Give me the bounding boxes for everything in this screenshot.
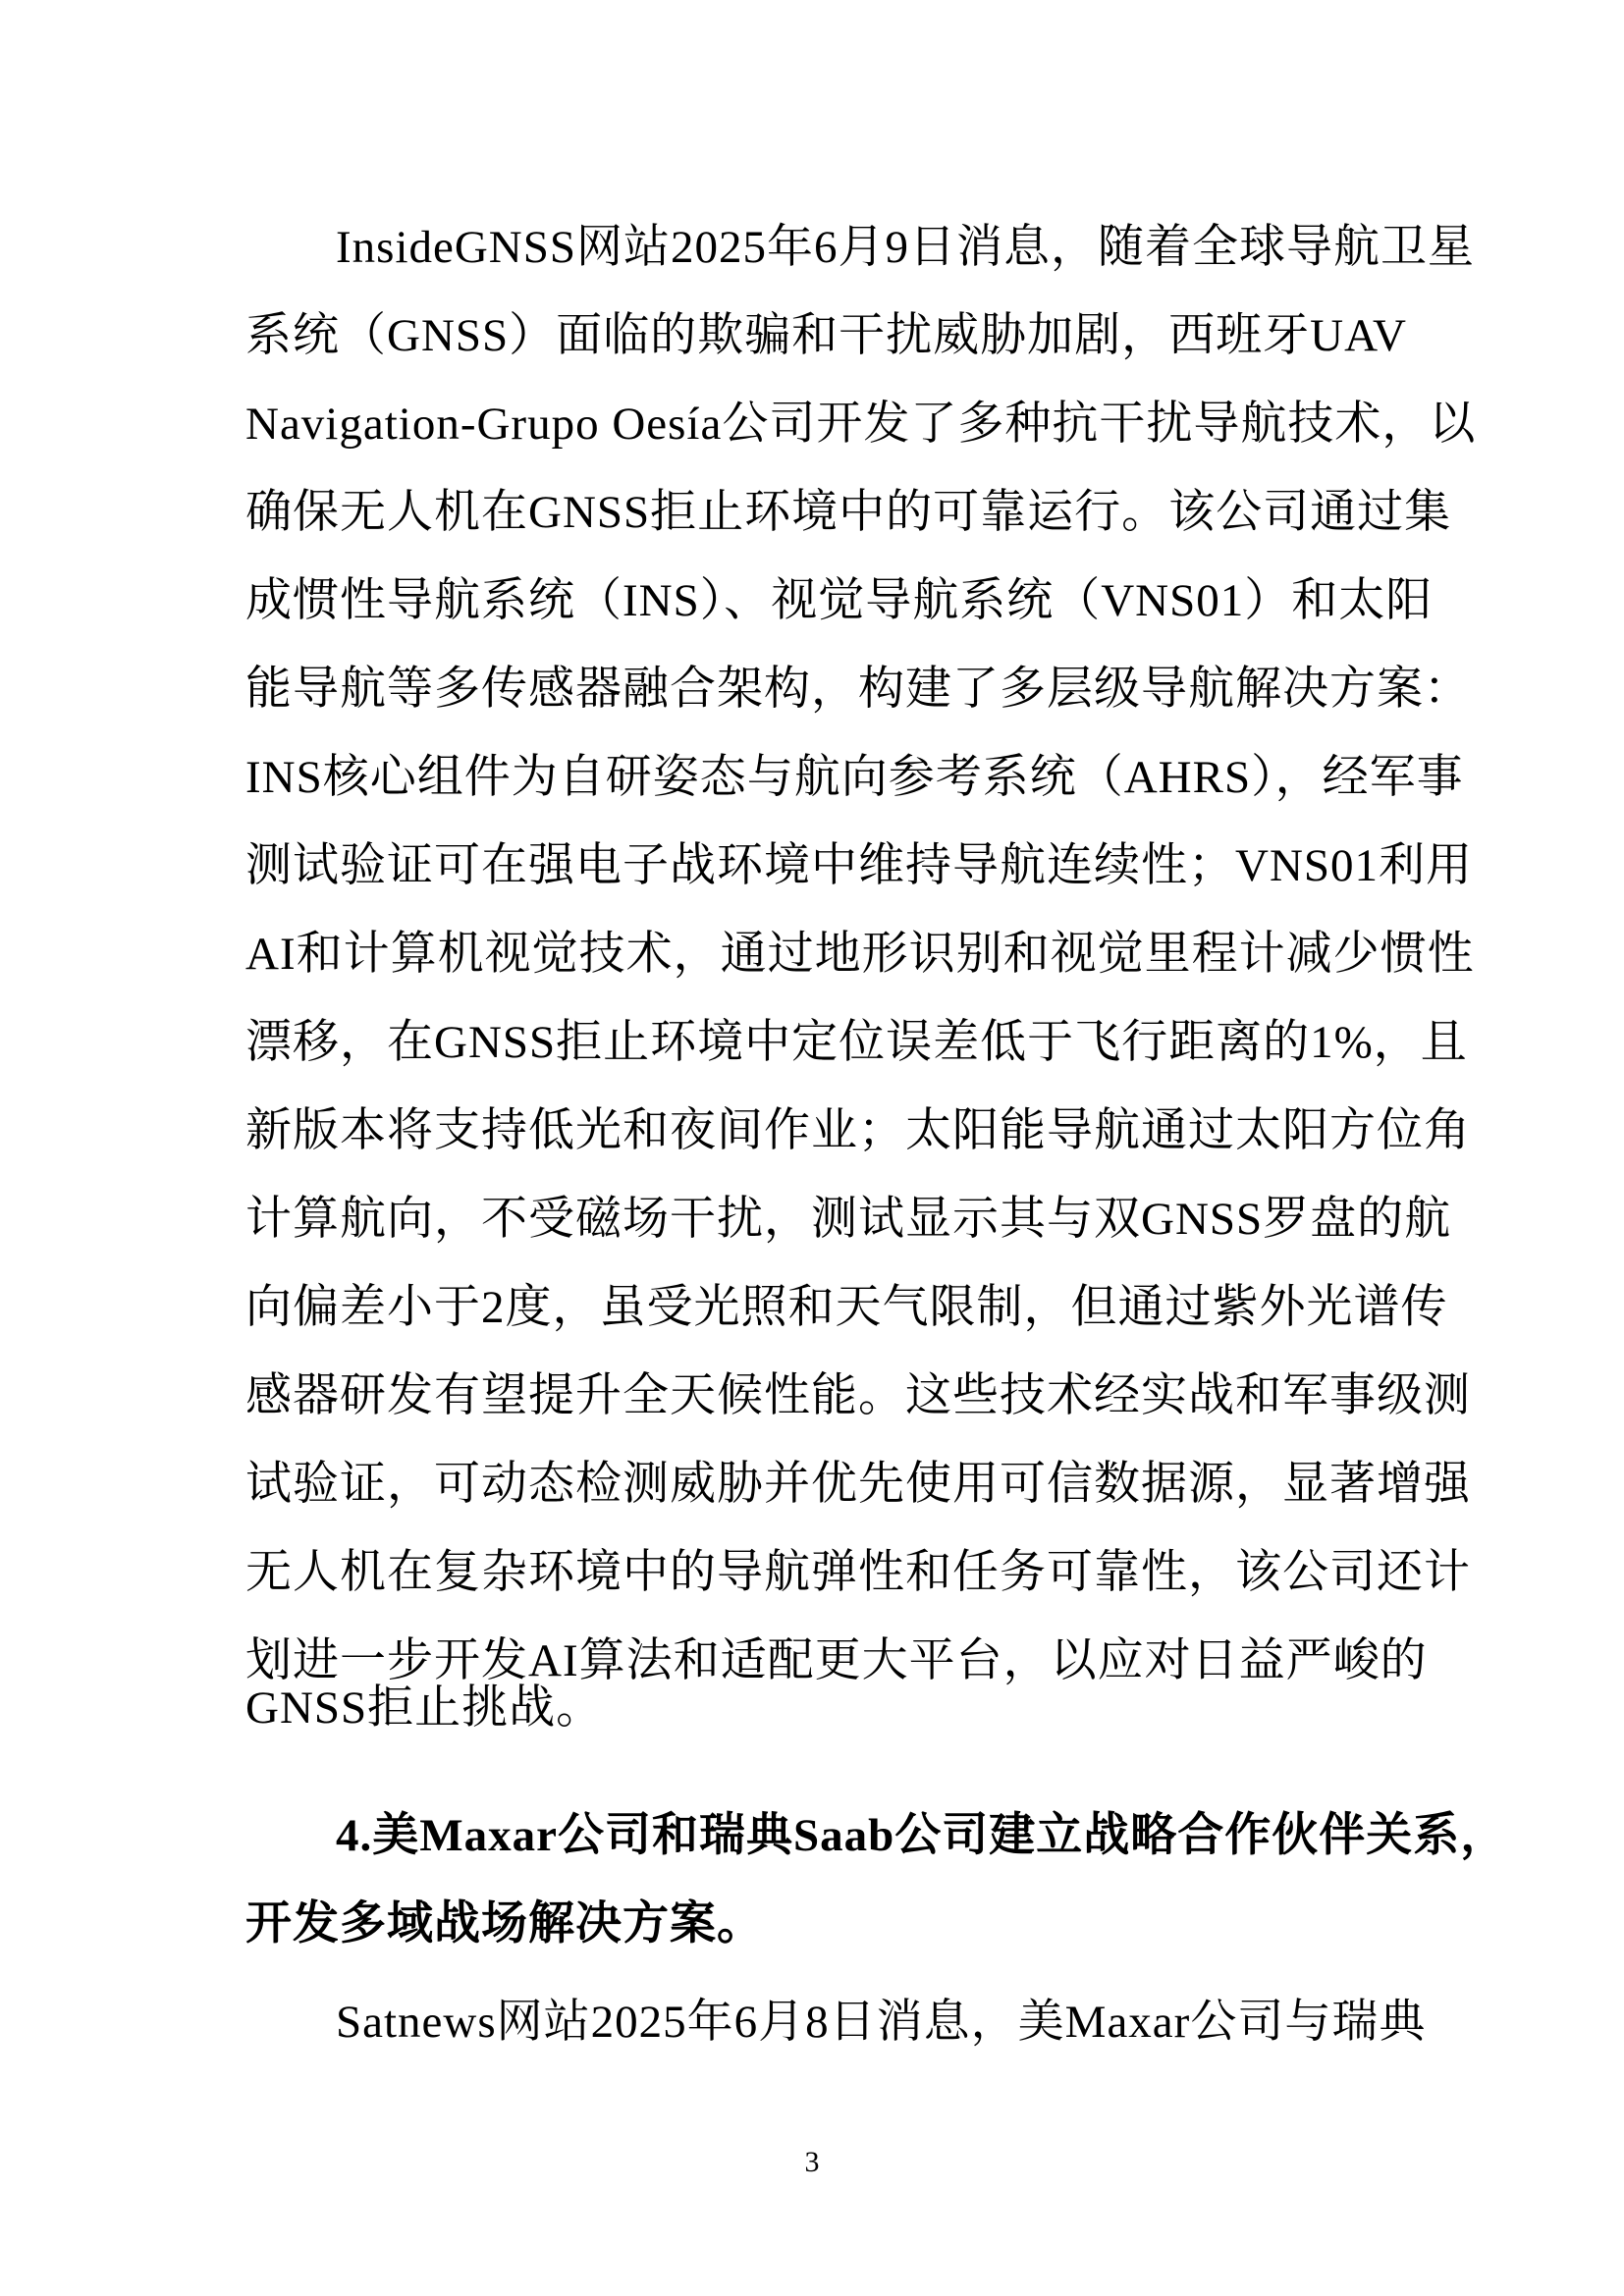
- heading-line: 4.美Maxar公司和瑞典Saab公司建立战略合作伙伴关系，: [336, 1806, 1384, 1865]
- text-line: Navigation-Grupo Oesía公司开发了多种抗干扰导航技术，以: [245, 395, 1384, 454]
- text-line: 确保无人机在GNSS拒止环境中的可靠运行。该公司通过集: [245, 483, 1384, 542]
- text-line: 系统（GNSS）面临的欺骗和干扰威胁加剧，西班牙UAV: [245, 306, 1384, 365]
- text-line: 漂移，在GNSS拒止环境中定位误差低于飞行距离的1%，且: [245, 1013, 1384, 1072]
- text-line: Satnews网站2025年6月8日消息，美Maxar公司与瑞典: [336, 1993, 1384, 2052]
- page-number: 3: [0, 2145, 1624, 2180]
- document-page: InsideGNSS网站2025年6月9日消息，随着全球导航卫星 系统（GNSS…: [0, 0, 1624, 2296]
- text-line: InsideGNSS网站2025年6月9日消息，随着全球导航卫星: [336, 218, 1384, 277]
- text-line: 试验证，可动态检测威胁并优先使用可信数据源，显著增强: [245, 1455, 1384, 1514]
- text-line: 感器研发有望提升全天候性能。这些技术经实战和军事级测: [245, 1366, 1384, 1425]
- text-line: AI和计算机视觉技术，通过地形识别和视觉里程计减少惯性: [245, 925, 1384, 984]
- text-line: 无人机在复杂环境中的导航弹性和任务可靠性，该公司还计: [245, 1543, 1384, 1602]
- text-line: 计算航向，不受磁场干扰，测试显示其与双GNSS罗盘的航: [245, 1190, 1384, 1249]
- text-line: 向偏差小于2度，虽受光照和天气限制，但通过紫外光谱传: [245, 1278, 1384, 1337]
- heading-line: 开发多域战场解决方案。: [245, 1895, 1384, 1953]
- text-line: 新版本将支持低光和夜间作业；太阳能导航通过太阳方位角: [245, 1101, 1384, 1160]
- text-line: GNSS拒止挑战。: [245, 1679, 1384, 1737]
- text-line: 成惯性导航系统（INS）、视觉导航系统（VNS01）和太阳: [245, 571, 1384, 630]
- text-line: 能导航等多传感器融合架构，构建了多层级导航解决方案：: [245, 660, 1384, 719]
- text-line: 测试验证可在强电子战环境中维持导航连续性；VNS01利用: [245, 836, 1384, 895]
- text-line: INS核心组件为自研姿态与航向参考系统（AHRS），经军事: [245, 748, 1384, 807]
